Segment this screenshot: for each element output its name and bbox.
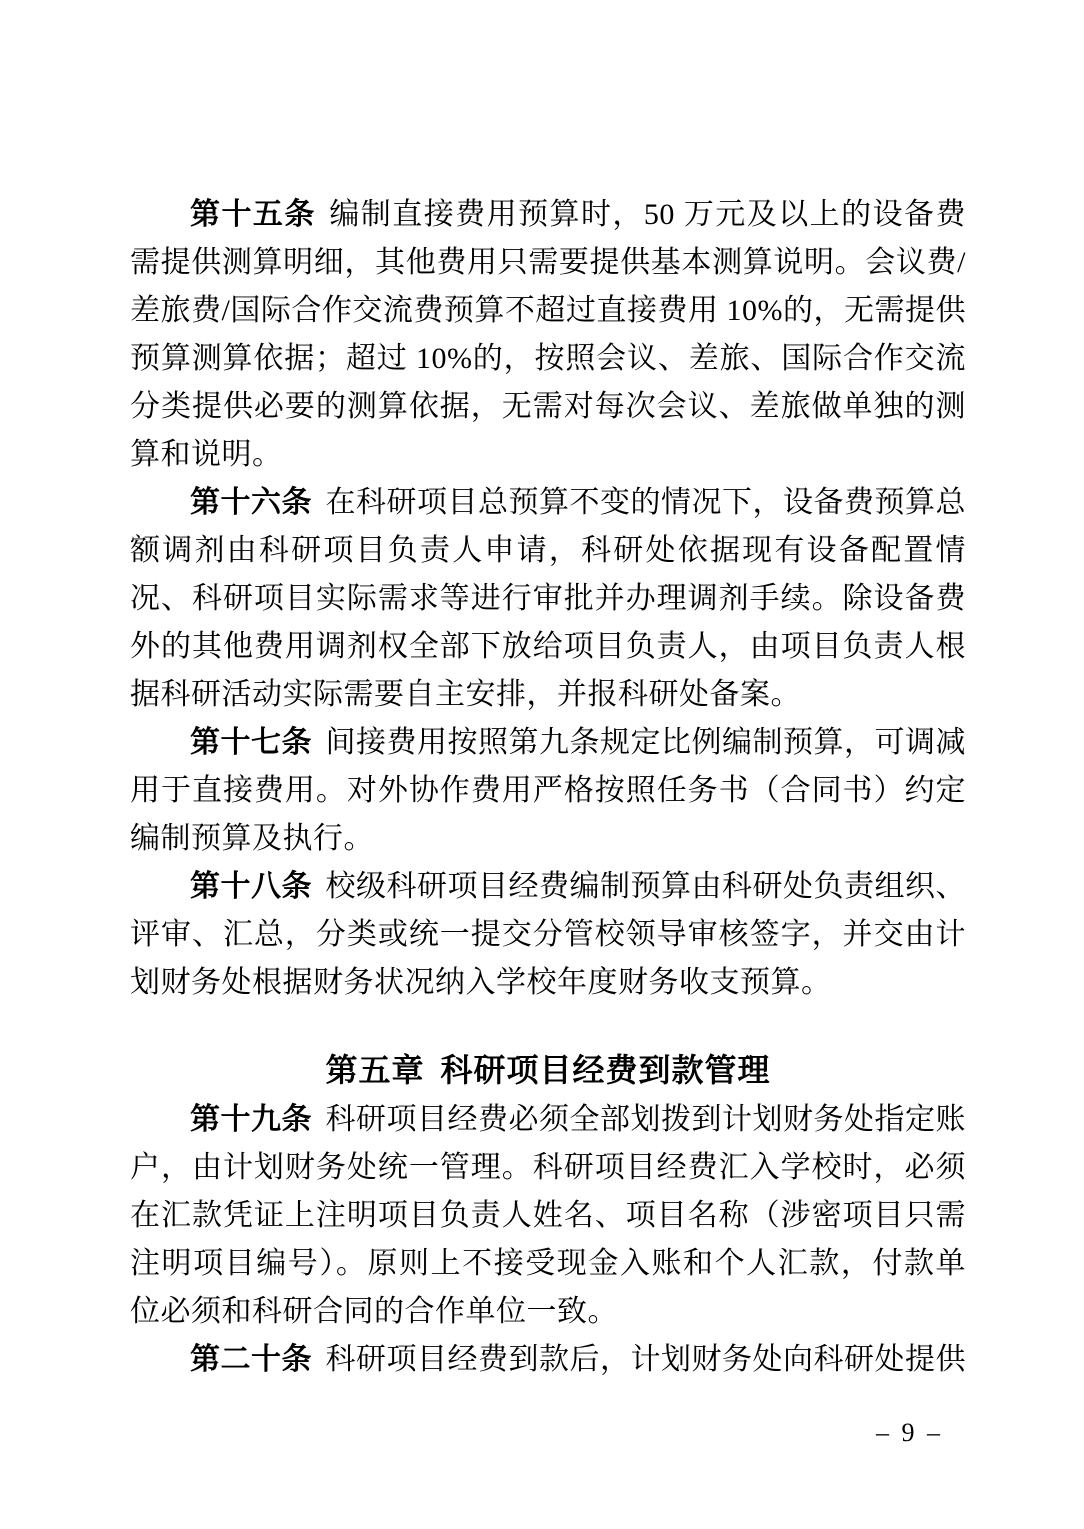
- article-17-label: 第十七条: [190, 726, 312, 759]
- article-15-label: 第十五条: [190, 198, 316, 231]
- article-19-text: 科研项目经费必须全部划拨到计划财务处指定账户，由计划财务处统一管理。科研项目经费…: [130, 1103, 966, 1328]
- article-15-text: 编制直接费用预算时，50 万元及以上的设备费需提供测算明细，其他费用只需要提供基…: [130, 198, 966, 471]
- article-19-label: 第十九条: [190, 1103, 312, 1136]
- article-18-label: 第十八条: [190, 870, 312, 903]
- article-16-text: 在科研项目总预算不变的情况下，设备费预算总额调剂由科研项目负责人申请，科研处依据…: [130, 486, 966, 711]
- article-20-paragraph: 第二十条科研项目经费到款后，计划财务处向科研处提供: [130, 1336, 966, 1384]
- article-16-label: 第十六条: [190, 486, 312, 519]
- chapter-number: 第五章: [325, 1052, 424, 1088]
- article-16-paragraph: 第十六条在科研项目总预算不变的情况下，设备费预算总额调剂由科研项目负责人申请，科…: [130, 479, 966, 719]
- article-18-paragraph: 第十八条校级科研项目经费编制预算由科研处负责组织、评审、汇总，分类或统一提交分管…: [130, 863, 966, 1007]
- article-20-text: 科研项目经费到款后，计划财务处向科研处提供: [326, 1343, 967, 1376]
- chapter-title: 科研项目经费到款管理: [441, 1052, 771, 1088]
- article-15-paragraph: 第十五条编制直接费用预算时，50 万元及以上的设备费需提供测算明细，其他费用只需…: [130, 191, 966, 479]
- page-number: – 9 –: [876, 1418, 943, 1448]
- document-page: 第十五条编制直接费用预算时，50 万元及以上的设备费需提供测算明细，其他费用只需…: [0, 0, 1084, 1529]
- article-19-paragraph: 第十九条科研项目经费必须全部划拨到计划财务处指定账户，由计划财务处统一管理。科研…: [130, 1096, 966, 1336]
- article-17-paragraph: 第十七条间接费用按照第九条规定比例编制预算，可调减用于直接费用。对外协作费用严格…: [130, 719, 966, 863]
- chapter-heading: 第五章科研项目经费到款管理: [130, 1044, 966, 1096]
- document-body: 第十五条编制直接费用预算时，50 万元及以上的设备费需提供测算明细，其他费用只需…: [130, 191, 966, 1384]
- article-20-label: 第二十条: [190, 1343, 312, 1376]
